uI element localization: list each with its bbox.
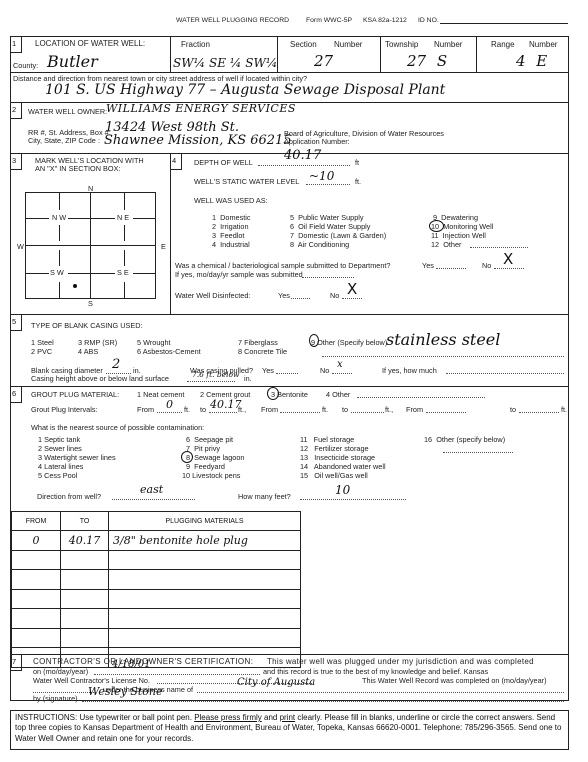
source-1[interactable]: 1 Septic tank bbox=[38, 436, 80, 444]
casing-height-unit: in. bbox=[244, 375, 252, 383]
grid-tick bbox=[124, 192, 125, 210]
row-5-from[interactable] bbox=[12, 609, 61, 629]
id-number-label: ID NO. bbox=[418, 17, 439, 24]
row-1-from[interactable]: 0 bbox=[12, 531, 61, 551]
grout-material-label: GROUT PLUG MATERIAL: bbox=[31, 391, 119, 399]
statute-number: KSA 82a-1212 bbox=[363, 17, 407, 24]
county-value[interactable]: Butler bbox=[47, 54, 98, 70]
sample-yes-label: Yes bbox=[422, 262, 434, 270]
form-number: Form WWC-5P bbox=[306, 17, 352, 24]
row-4-material[interactable] bbox=[109, 589, 301, 609]
contamination-label: What is the nearest source of possible c… bbox=[31, 424, 204, 432]
interval1-from-value[interactable]: 0 bbox=[166, 399, 173, 410]
grid-tick bbox=[124, 282, 125, 299]
use-4[interactable]: 4 Industrial bbox=[212, 241, 250, 249]
id-number-field[interactable] bbox=[440, 23, 568, 24]
table-row bbox=[12, 570, 301, 590]
source-13[interactable]: 13 Insecticide storage bbox=[300, 454, 375, 462]
casing-type-4[interactable]: 4 ABS bbox=[78, 348, 98, 356]
compass-west: W bbox=[17, 243, 24, 251]
row-4-to[interactable] bbox=[61, 589, 109, 609]
range-value[interactable]: 4 E bbox=[516, 54, 547, 69]
sample-yes-field[interactable] bbox=[436, 262, 466, 269]
source-8[interactable]: 8 Sewage lagoon bbox=[186, 454, 244, 462]
interval2-ft-label: ft. bbox=[322, 406, 328, 414]
feet-value[interactable]: 10 bbox=[335, 484, 350, 496]
section-label: Section bbox=[290, 41, 317, 50]
section-5-number: 5 bbox=[10, 314, 22, 331]
source-11[interactable]: 11 Fuel storage bbox=[300, 436, 354, 444]
city-label: City, State, ZIP Code bbox=[28, 137, 96, 145]
casing-type-1[interactable]: 1 Steel bbox=[31, 339, 54, 347]
source-9[interactable]: 9 Feedyard bbox=[186, 463, 225, 471]
use-12[interactable]: 12 Other bbox=[431, 241, 461, 249]
row-1-material[interactable]: 3/8" bentonite hole plug bbox=[109, 531, 301, 551]
section-value[interactable]: 27 bbox=[314, 54, 333, 69]
grid-tick bbox=[124, 250, 125, 266]
grid-tick bbox=[59, 192, 60, 210]
interval2-to-field[interactable] bbox=[351, 406, 384, 413]
divider bbox=[170, 153, 171, 314]
divider bbox=[277, 36, 278, 72]
disinfected-yes-label: Yes bbox=[278, 292, 290, 300]
direction-label: Direction from well? bbox=[37, 493, 101, 501]
range-number-label: Number bbox=[529, 41, 557, 50]
grid-tick bbox=[59, 250, 60, 266]
row-3-from[interactable] bbox=[12, 570, 61, 590]
fraction-label: Fraction bbox=[181, 41, 210, 50]
township-number-label: Number bbox=[434, 41, 462, 50]
range-label: Range bbox=[491, 41, 515, 50]
instructions-lead: INSTRUCTIONS: bbox=[15, 713, 77, 722]
source-6[interactable]: 6 Seepage pit bbox=[186, 436, 233, 444]
license-label: Water Well Contractor's License No. bbox=[33, 677, 150, 685]
grout-material-1[interactable]: 1 Neat cement bbox=[137, 391, 184, 399]
row-2-from[interactable] bbox=[12, 550, 61, 570]
township-value[interactable]: 27 S bbox=[407, 54, 447, 69]
divider bbox=[10, 314, 569, 315]
application-label: Application Number: bbox=[284, 138, 350, 146]
static-level-label: WELL'S STATIC WATER LEVEL bbox=[194, 178, 299, 186]
sample-question: Was a chemical / bacteriological sample … bbox=[175, 262, 391, 270]
interval2-to-ft: ft., bbox=[385, 406, 393, 414]
source-4[interactable]: 4 Lateral lines bbox=[38, 463, 83, 471]
source-15[interactable]: 15 Oil well/Gas well bbox=[300, 472, 368, 480]
casing-pulled-yes-field[interactable] bbox=[276, 367, 298, 374]
record-completed-date-field[interactable] bbox=[33, 686, 96, 693]
interval2-to-label: to bbox=[342, 406, 348, 414]
instructions-text: INSTRUCTIONS: Use typewriter or ball poi… bbox=[15, 713, 567, 744]
row-6-to[interactable] bbox=[61, 628, 109, 648]
use-5[interactable]: 5 Public Water Supply bbox=[290, 214, 364, 222]
row-3-material[interactable] bbox=[109, 570, 301, 590]
feet-field[interactable] bbox=[300, 493, 406, 500]
compass-east: E bbox=[161, 243, 166, 251]
instructions-underline-1: Please press firmly bbox=[194, 713, 262, 722]
casing-height-label: Casing height above or below land surfac… bbox=[31, 375, 169, 383]
owner-value[interactable]: WILLIAMS ENERGY SERVICES bbox=[106, 103, 296, 114]
grout-intervals-label: Grout Plug Intervals: bbox=[31, 406, 98, 414]
interval3-to-label: to bbox=[510, 406, 516, 414]
quadrant-sw: S W bbox=[50, 269, 64, 277]
row-5-material[interactable] bbox=[109, 609, 301, 629]
divider bbox=[10, 72, 569, 73]
grid-tick bbox=[59, 282, 60, 299]
table-row bbox=[12, 550, 301, 570]
grid-tick bbox=[133, 218, 156, 219]
static-level-unit: ft. bbox=[355, 178, 361, 186]
casing-type-7[interactable]: 7 Fiberglass bbox=[238, 339, 278, 347]
source-5[interactable]: 5 Cess Pool bbox=[38, 472, 77, 480]
casing-type-8[interactable]: 8 Concrete Tile bbox=[238, 348, 287, 356]
divider bbox=[170, 36, 171, 72]
table-row: 0 40.17 3/8" bentonite hole plug bbox=[12, 531, 301, 551]
grid-tick bbox=[133, 273, 156, 274]
casing-other-value[interactable]: stainless steel bbox=[386, 332, 500, 348]
use-8[interactable]: 8 Air Conditioning bbox=[290, 241, 349, 249]
interval1-to-label: to bbox=[200, 406, 206, 414]
use-7[interactable]: 7 Domestic (Lawn & Garden) bbox=[290, 232, 386, 240]
grout-material-4[interactable]: 4 Other bbox=[326, 391, 350, 399]
grid-tick bbox=[25, 273, 49, 274]
table-row bbox=[12, 589, 301, 609]
grid-tick bbox=[25, 218, 49, 219]
depth-value[interactable]: 40.17 bbox=[284, 149, 321, 162]
distance-value[interactable]: 101 S. US Highway 77 – Augusta Sewage Di… bbox=[45, 83, 445, 97]
instructions-underline-2: print bbox=[280, 713, 296, 722]
interval3-from-label: From bbox=[406, 406, 423, 414]
section-6-number: 6 bbox=[10, 386, 22, 403]
grout-material-3-circle bbox=[267, 387, 279, 400]
casing-type-9-circle bbox=[309, 334, 319, 347]
use-1[interactable]: 1 Domestic bbox=[212, 214, 251, 222]
casing-type-5[interactable]: 5 Wrought bbox=[137, 339, 171, 347]
section-4-number: 4 bbox=[170, 153, 182, 170]
sample-no-x-mark: X bbox=[503, 252, 513, 267]
table-header-row: FROM TO PLUGGING MATERIALS bbox=[12, 512, 301, 531]
disinfected-no-label: No bbox=[330, 292, 339, 300]
interval3-to-field[interactable] bbox=[519, 406, 559, 413]
diameter-value[interactable]: 2 bbox=[112, 358, 120, 371]
source-3[interactable]: 3 Watertight sewer lines bbox=[38, 454, 116, 462]
disinfected-no-x-mark: X bbox=[347, 282, 357, 297]
col-materials-header: PLUGGING MATERIALS bbox=[109, 512, 301, 531]
section-number-label: Number bbox=[334, 41, 362, 50]
row-3-to[interactable] bbox=[61, 570, 109, 590]
grid-tick bbox=[68, 218, 115, 219]
sample-no-label: No bbox=[482, 262, 491, 270]
use-11[interactable]: 11 Injection Well bbox=[431, 232, 486, 240]
table-row bbox=[12, 609, 301, 629]
source-12[interactable]: 12 Fertilizer storage bbox=[300, 445, 369, 453]
quadrant-ne: N E bbox=[117, 214, 129, 222]
row-5-to[interactable] bbox=[61, 609, 109, 629]
interval2-from-label: From bbox=[261, 406, 278, 414]
quadrant-nw: N W bbox=[52, 214, 66, 222]
row-1-to[interactable]: 40.17 bbox=[61, 531, 109, 551]
fraction-value[interactable]: SW¼ SE ¼ SW¼ bbox=[173, 57, 277, 69]
feet-label: How many feet? bbox=[238, 493, 291, 501]
use-6[interactable]: 6 Oil Field Water Supply bbox=[290, 223, 370, 231]
col-to-header: TO bbox=[61, 512, 109, 531]
interval1-to-value[interactable]: 40.17 bbox=[210, 399, 242, 410]
mark-location-label-2: AN "X" IN SECTION BOX: bbox=[35, 165, 120, 173]
completion-date-value[interactable]: 4/18/01 bbox=[112, 660, 151, 670]
casing-type-3[interactable]: 3 RMP (SR) bbox=[78, 339, 117, 347]
signature-label: by (signature) bbox=[33, 695, 78, 703]
row-2-material[interactable] bbox=[109, 550, 301, 570]
grid-tick bbox=[68, 273, 115, 274]
interval3-ft-label: ft. bbox=[561, 406, 567, 414]
township-label: Township bbox=[385, 41, 418, 50]
interval1-ft-label: ft. bbox=[184, 406, 190, 414]
section-7-number: 7 bbox=[10, 654, 22, 671]
casing-type-label: TYPE OF BLANK CASING USED: bbox=[31, 322, 143, 330]
interval1-from-label: From bbox=[137, 406, 154, 414]
casing-pulled-no-label: No bbox=[320, 367, 329, 375]
source-14[interactable]: 14 Abandoned water well bbox=[300, 463, 386, 471]
divider bbox=[10, 386, 569, 387]
sample-date-field[interactable] bbox=[302, 271, 354, 278]
divider bbox=[10, 654, 569, 655]
casing-height-value[interactable]: 7.6 ft. below bbox=[192, 371, 239, 379]
row-6-material[interactable] bbox=[109, 628, 301, 648]
business-name-value[interactable]: City of Augusta bbox=[237, 678, 315, 688]
source-other-field[interactable] bbox=[443, 446, 513, 453]
how-much-label: If yes, how much bbox=[382, 367, 437, 375]
certification-line1: This water well was plugged under my jur… bbox=[267, 658, 534, 667]
disinfected-yes-field[interactable] bbox=[291, 292, 310, 299]
disinfected-label: Water Well Disinfected: bbox=[175, 292, 250, 300]
county-label: County: bbox=[13, 62, 38, 70]
use-2[interactable]: 2 Irrigation bbox=[212, 223, 249, 231]
interval1-to-ft: ft., bbox=[238, 406, 246, 414]
form-title: WATER WELL PLUGGING RECORD bbox=[176, 17, 289, 24]
row-4-from[interactable] bbox=[12, 589, 61, 609]
depth-unit: ft bbox=[355, 159, 359, 167]
sample-date-label: If yes, mo/day/yr sample was submitted bbox=[175, 271, 303, 279]
casing-type-6[interactable]: 6 Asbestos-Cement bbox=[137, 348, 201, 356]
city-value[interactable]: Shawnee Mission, KS 66215 bbox=[104, 134, 292, 147]
divider bbox=[476, 36, 477, 72]
instructions-part1: Use typewriter or ball point pen. bbox=[77, 713, 194, 722]
well-location-mark bbox=[73, 284, 77, 288]
interval3-from-field[interactable] bbox=[426, 406, 466, 413]
signature-value[interactable]: Wesley Stone bbox=[88, 686, 162, 697]
grout-other-field[interactable] bbox=[357, 391, 485, 398]
quadrant-se: S E bbox=[117, 269, 129, 277]
location-label: LOCATION OF WATER WELL: bbox=[35, 40, 145, 49]
certification-line2: and this record is true to the best of m… bbox=[263, 668, 488, 676]
grid-tick bbox=[59, 225, 60, 241]
interval2-from-field[interactable] bbox=[280, 406, 320, 413]
section-3-number: 3 bbox=[10, 153, 22, 170]
grid-tick bbox=[124, 225, 125, 241]
completion-date-label: on (mo/day/year) bbox=[33, 668, 88, 676]
depth-label: DEPTH OF WELL bbox=[194, 159, 253, 167]
casing-type-9[interactable]: 9 Other (Specify below) bbox=[311, 339, 387, 347]
plugging-materials-table: FROM TO PLUGGING MATERIALS 0 40.17 3/8" … bbox=[11, 511, 301, 668]
static-level-value[interactable]: ~10 bbox=[309, 170, 334, 182]
row-2-to[interactable] bbox=[61, 550, 109, 570]
record-completed-label: This Water Well Record was completed on … bbox=[362, 677, 547, 685]
use-other-field-dots[interactable] bbox=[470, 241, 528, 248]
how-much-field[interactable] bbox=[446, 367, 564, 374]
source-10[interactable]: 10 Livestock pens bbox=[182, 472, 240, 480]
casing-other-field[interactable] bbox=[322, 350, 564, 357]
use-3[interactable]: 3 Feedlot bbox=[212, 232, 244, 240]
instructions-part2: and bbox=[262, 713, 280, 722]
direction-value[interactable]: east bbox=[140, 484, 163, 495]
divider bbox=[380, 36, 381, 72]
used-as-label: WELL WAS USED AS: bbox=[194, 197, 268, 205]
casing-type-2[interactable]: 2 PVC bbox=[31, 348, 52, 356]
source-2[interactable]: 2 Sewer lines bbox=[38, 445, 82, 453]
col-from-header: FROM bbox=[12, 512, 61, 531]
table-row bbox=[12, 628, 301, 648]
casing-pulled-yes-label: Yes bbox=[262, 367, 274, 375]
row-6-from[interactable] bbox=[12, 628, 61, 648]
section-1-number: 1 bbox=[10, 36, 22, 53]
casing-pulled-no-x: x bbox=[337, 360, 343, 370]
grid-line bbox=[25, 245, 156, 246]
section-2-number: 2 bbox=[10, 102, 22, 119]
city-colon: : bbox=[98, 137, 100, 145]
compass-south: S bbox=[88, 300, 93, 308]
owner-label: WATER WELL OWNER: bbox=[28, 108, 107, 116]
source-16[interactable]: 16 Other (specify below) bbox=[424, 436, 505, 444]
